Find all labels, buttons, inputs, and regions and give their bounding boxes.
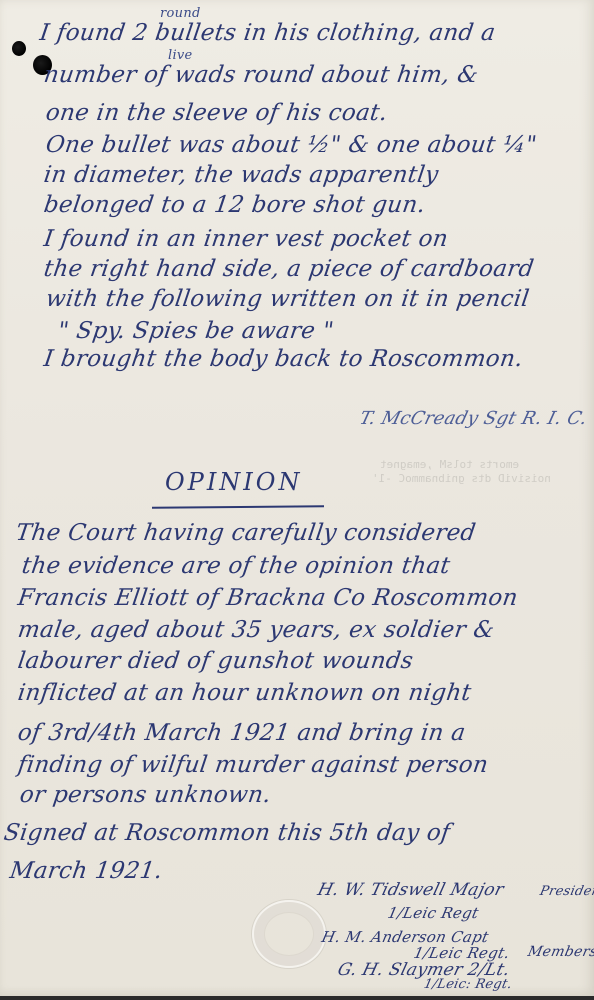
signed-line-1: Signed at Roscommon this 5th day of <box>2 820 452 846</box>
president-regiment: 1/Leic Regt <box>386 904 480 922</box>
opinion-line: The Court having carefully considered <box>14 520 477 546</box>
evidence-line: I found in an inner vest pocket on <box>42 226 450 252</box>
embossed-seal <box>252 900 326 968</box>
insert-round: round <box>160 6 201 21</box>
opinion-line: inflicted at an hour unknown on night <box>16 680 473 706</box>
member2-regiment: 1/Leic: Regt. <box>422 977 513 992</box>
punch-hole-top <box>12 41 26 56</box>
evidence-line: the right hand side, a piece of cardboar… <box>42 256 535 282</box>
opinion-heading: OPINION <box>165 468 302 496</box>
evidence-line: belonged to a 12 bore shot gun. <box>42 192 427 218</box>
members-label: Members <box>526 944 594 960</box>
evidence-line: I found 2 bullets in his clothing, and a <box>38 20 497 46</box>
evidence-line: one in the sleeve of his coat. <box>44 100 389 126</box>
witness-signature: T. McCready Sgt R. I. C. <box>357 408 589 429</box>
opinion-line: male, aged about 35 years, ex soldier & <box>16 617 496 643</box>
opinion-line: labourer died of gunshot wounds <box>16 648 415 674</box>
typewritten-bleed-line-2: noisiviD dts gnibnammoC -1' <box>372 472 551 485</box>
president-role: President <box>538 884 594 899</box>
opinion-line: or persons unknown. <box>18 782 272 808</box>
signed-line-2: March 1921. <box>8 858 164 884</box>
opinion-line: the evidence are of the opinion that <box>20 553 452 579</box>
opinion-heading-underline <box>152 505 324 509</box>
opinion-line: finding of wilful murder against person <box>16 752 490 778</box>
typewritten-bleed-line-1: emorts tolsM ,emagnet <box>380 458 519 471</box>
opinion-line: of 3rd/4th March 1921 and bring in a <box>16 720 467 746</box>
evidence-line: One bullet was about ½" & one about ¼" <box>44 132 538 158</box>
evidence-line: in diameter, the wads apparently <box>42 162 440 188</box>
insert-live: live <box>168 48 193 63</box>
opinion-line: Francis Elliott of Brackna Co Roscommon <box>16 585 519 611</box>
evidence-line: with the following written on it in penc… <box>44 286 531 312</box>
evidence-quote-line: " Spy. Spies be aware " <box>56 318 335 344</box>
president-signature: H. W. Tidswell Major <box>316 880 506 900</box>
scan-bottom-edge <box>0 996 594 1000</box>
evidence-line: I brought the body back to Roscommon. <box>42 346 524 372</box>
document-page: emorts tolsM ,emagnet noisiviD dts gnibn… <box>0 0 594 996</box>
evidence-line: number of wads round about him, & <box>42 62 480 88</box>
